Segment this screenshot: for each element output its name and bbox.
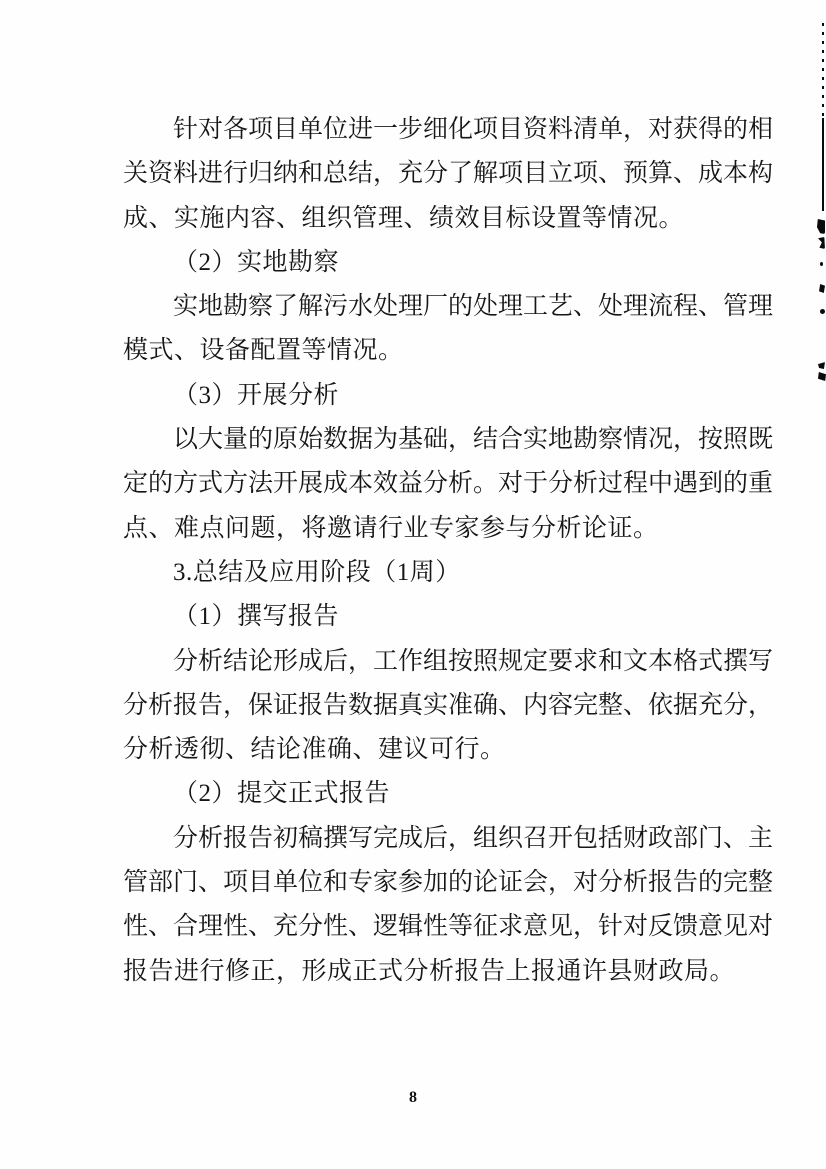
page-number: 8: [0, 1089, 826, 1107]
scan-artifact-solid-line: [822, 118, 824, 211]
scanned-document-page: 针对各项目单位进一步细化项目资料清单，对获得的相关资料进行归纳和总结，充分了解项…: [0, 0, 826, 1169]
scan-artifact-faint-dot: [740, 654, 746, 659]
document-line: 报告进行修正，形成正式分析报告上报通许县财政局。: [123, 950, 773, 994]
document-line: 针对各项目单位进一步细化项目资料清单，对获得的相: [123, 108, 773, 152]
document-line: 分析结论形成后，工作组按照规定要求和文本格式撰写: [123, 640, 773, 684]
scan-artifact-dashed-line: [822, 23, 824, 118]
scan-artifact-blob: [818, 372, 826, 381]
document-line: 点、难点问题，将邀请行业专家参与分析论证。: [123, 507, 773, 551]
scan-artifact-dot: [820, 262, 823, 266]
document-line: （1）撰写报告: [123, 595, 773, 639]
document-line: 管部门、项目单位和专家参加的论证会，对分析报告的完整: [123, 861, 773, 905]
document-line: 以大量的原始数据为基础，结合实地勘察情况，按照既: [123, 418, 773, 462]
document-line: 模式、设备配置等情况。: [123, 329, 773, 373]
document-line: （3）开展分析: [123, 374, 773, 418]
scan-artifact-blob: [818, 237, 825, 249]
document-line: 定的方式方法开展成本效益分析。对于分析过程中遇到的重: [123, 462, 773, 506]
scan-artifact-dot: [820, 309, 825, 314]
scan-artifact-blob: [817, 219, 825, 234]
document-line: 3.总结及应用阶段（1周）: [123, 551, 773, 595]
document-line: 分析报告，保证报告数据真实准确、内容完整、依据充分，: [123, 684, 773, 728]
text-block: 针对各项目单位进一步细化项目资料清单，对获得的相关资料进行归纳和总结，充分了解项…: [123, 108, 773, 994]
document-line: 实地勘察了解污水处理厂的处理工艺、处理流程、管理: [123, 285, 773, 329]
document-line: 关资料进行归纳和总结，充分了解项目立项、预算、成本构: [123, 152, 773, 196]
document-line: 分析报告初稿撰写完成后，组织召开包括财政部门、主: [123, 817, 773, 861]
scan-artifact-blob: [818, 362, 825, 369]
document-line: 性、合理性、充分性、逻辑性等征求意见，针对反馈意见对: [123, 905, 773, 949]
document-line: （2）提交正式报告: [123, 772, 773, 816]
document-line: 分析透彻、结论准确、建议可行。: [123, 728, 773, 772]
document-line: （2）实地勘察: [123, 241, 773, 285]
document-line: 成、实施内容、组织管理、绩效目标设置等情况。: [123, 197, 773, 241]
scan-artifact-tick: [819, 284, 825, 293]
